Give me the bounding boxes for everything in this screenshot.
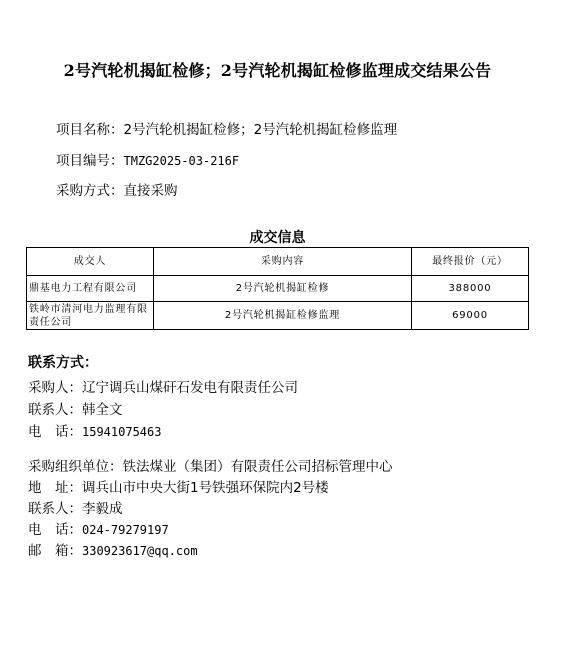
agency-contact-person: 联系人：李毅成 (28, 497, 123, 517)
agency-org: 采购组织单位：铁法煤业（集团）有限责任公司招标管理中心 (28, 455, 393, 475)
winner-cell: 铁岭市清河电力监理有限责任公司 (27, 302, 154, 330)
agency-phone: 电 话：024-79279197 (28, 518, 169, 538)
project-name: 项目名称：2号汽轮机揭缸检修；2号汽轮机揭缸检修监理 (56, 118, 397, 138)
procurement-method: 采购方式：直接采购 (56, 179, 178, 199)
column-header-content: 采购内容 (154, 248, 412, 276)
buyer-phone-label: 电 话： (28, 424, 82, 440)
buyer-contact-person: 联系人：韩全文 (28, 398, 123, 418)
agency-phone-value: 024-79279197 (82, 523, 169, 537)
content-cell: 2号汽轮机揭缸检修 (154, 276, 412, 302)
agency-email: 邮 箱：330923617@qq.com (28, 539, 198, 559)
page-title: 2号汽轮机揭缸检修；2号汽轮机揭缸检修监理成交结果公告 (0, 58, 555, 81)
procurement-method-value: 直接采购 (124, 183, 178, 199)
buyer-person-label: 联系人： (28, 402, 82, 418)
agency-email-label: 邮 箱： (28, 543, 82, 559)
procurement-method-label: 采购方式： (56, 183, 124, 199)
winner-cell: 鼎基电力工程有限公司 (27, 276, 154, 302)
project-name-label: 项目名称： (56, 122, 124, 138)
buyer-org-value: 辽宁调兵山煤矸石发电有限责任公司 (82, 380, 298, 396)
agency-phone-label: 电 话： (28, 522, 82, 538)
agency-address: 地 址：调兵山市中央大街1号铁强环保院内2号楼 (28, 476, 329, 496)
buyer-org: 采购人：辽宁调兵山煤矸石发电有限责任公司 (28, 376, 298, 396)
table-row: 铁岭市清河电力监理有限责任公司 2号汽轮机揭缸检修监理 69000 (27, 302, 529, 330)
contact-heading: 联系方式： (28, 352, 98, 372)
buyer-org-label: 采购人： (28, 380, 82, 396)
project-number-label: 项目编号： (56, 153, 124, 169)
price-cell: 388000 (412, 276, 529, 302)
agency-person-value: 李毅成 (82, 501, 123, 517)
buyer-person-value: 韩全文 (82, 402, 123, 418)
table-row: 鼎基电力工程有限公司 2号汽轮机揭缸检修 388000 (27, 276, 529, 302)
buyer-phone-value: 15941075463 (82, 425, 161, 439)
agency-org-label: 采购组织单位： (28, 459, 123, 475)
buyer-phone: 电 话：15941075463 (28, 420, 161, 440)
deal-info-heading: 成交信息 (0, 227, 555, 247)
column-header-winner: 成交人 (27, 248, 154, 276)
deal-table: 成交人 采购内容 最终报价（元） 鼎基电力工程有限公司 2号汽轮机揭缸检修 38… (26, 247, 529, 330)
project-name-value: 2号汽轮机揭缸检修；2号汽轮机揭缸检修监理 (124, 122, 398, 138)
agency-email-value: 330923617@qq.com (82, 544, 198, 558)
agency-address-value: 调兵山市中央大街1号铁强环保院内2号楼 (82, 480, 329, 496)
project-number: 项目编号：TMZG2025-03-216F (56, 149, 239, 169)
agency-person-label: 联系人： (28, 501, 82, 517)
agency-org-value: 铁法煤业（集团）有限责任公司招标管理中心 (123, 459, 393, 475)
content-cell: 2号汽轮机揭缸检修监理 (154, 302, 412, 330)
table-header-row: 成交人 采购内容 最终报价（元） (27, 248, 529, 276)
column-header-price: 最终报价（元） (412, 248, 529, 276)
project-number-value: TMZG2025-03-216F (124, 154, 240, 168)
price-cell: 69000 (412, 302, 529, 330)
agency-address-label: 地 址： (28, 480, 82, 496)
